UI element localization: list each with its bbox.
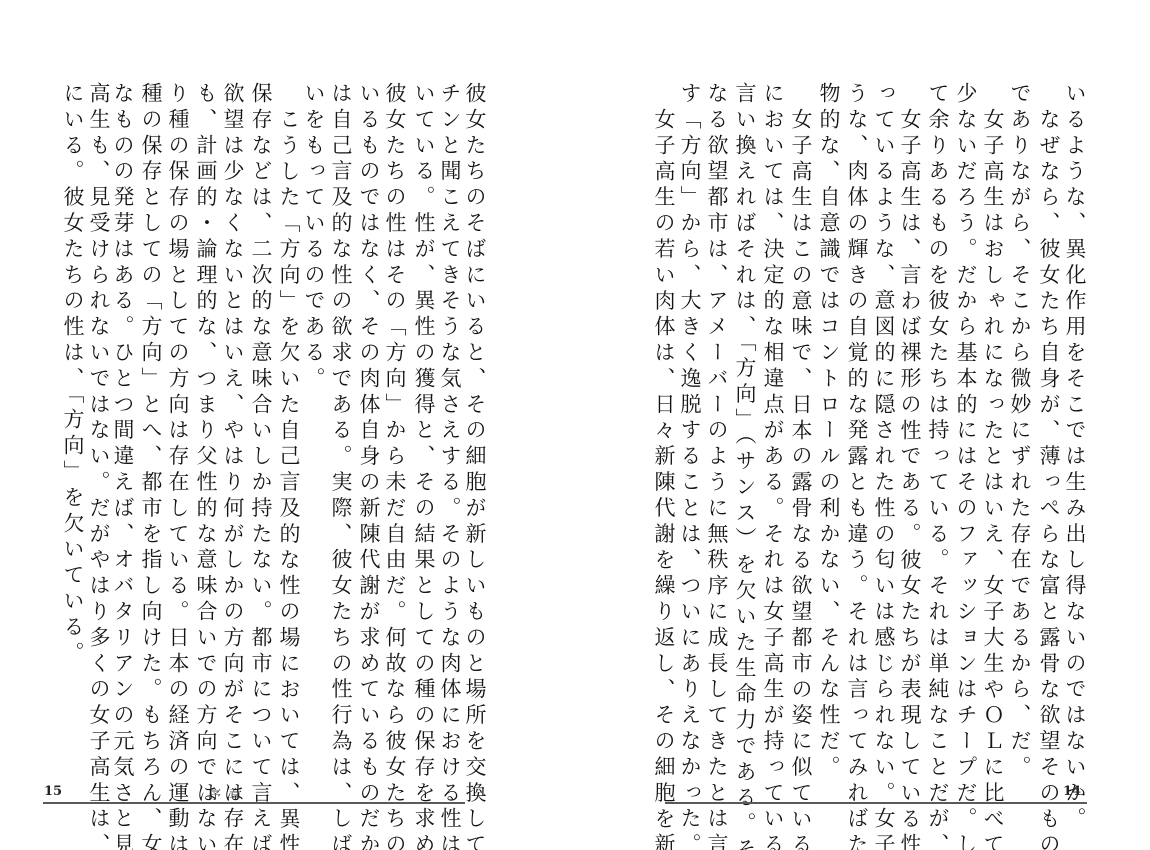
text-column-paragraph-start: こうした「方向」を欠いた自己言及的な性の場においては、異性の獲得や、ましてや種の [276,82,302,712]
text-column: 言い換えればそれは、「方向」（サンス）を欠いた生命力である。それに比べて、日本の… [732,82,758,712]
text-column-paragraph-start: 女子高生の若い肉体は、日々新陳代謝を繰り返し、その細胞を新しいものと交換している… [651,82,677,712]
text-column: 物的な、自意識ではコントロールの利かない、そんな性だ。 [816,82,842,712]
text-column: 保存などは、二次的な意味合いしか持たない。都市について言えば、そこでも自己言及的… [248,82,274,712]
text-column: も、計画的・論理的な、つまり父性的な意味合いでの方向ではない。しかし母性的な、つ… [193,82,219,712]
text-column: いをもっているのである。 [301,82,327,712]
page-number: 14 [1063,784,1081,799]
text-column: でありながら、そこから微妙にずれた存在であるから、だ。 [1007,82,1033,712]
footer-rule [43,802,465,804]
text-column-paragraph-start: 女子高生はおしゃれになったとはいえ、女子大生やＯＬに比べて自由になるお金はずっと [980,82,1006,712]
text-column-paragraph-start: なぜなら、彼女たち自身が、薄っぺらな富と露骨な欲望そのものであるから。しかしそう [1036,82,1062,712]
right-page: いるような、異化作用をそこでは生み出し得ないのではないか。 なぜなら、彼女たち自… [575,0,1150,850]
text-column: 種の保存としての「方向」とへ、都市を指し向けた。もちろん、女子高生のなかにも母性… [138,82,164,712]
running-head: 序章 [208,784,250,803]
text-column: て余りあるものを彼女たちは持っている。それは単純なことだが、若い肉体だ。 [925,82,951,712]
text-column: なものの発芽はある。ひとつ間違えば、オバタリアンの元気さと見まごうような態度の女… [110,82,136,712]
text-column-paragraph-start: 女子高生はこの意味で、日本の露骨なる欲望都市の姿に似ている。だがしかし、この両者 [788,82,814,712]
text-column: いている。性が、異性の獲得と、その結果としての種の保存を求めているものだとすれば… [411,82,437,712]
text-column: り種の保存の場としての方向は存在している。日本の経済の運動は、まさに母性的あるい… [165,82,191,712]
text-column: 欲望は少なくないとはいえ、やはり何がしかの方向がそこには存在している。それは必ず… [220,82,246,712]
text-column: 彼女たちのそばにいると、その細胞が新しいものと場所を交換しているその音が、パチン… [462,82,488,712]
text-column: なる欲望都市は、アメーバーのように無秩序に成長してきたとは言え、経済の運動の指し… [704,82,730,712]
footer-rule [665,802,1087,804]
text-column: は自己言及的な性の欲求である。実際、彼女たちの性行為は、しばしば自己開発的な意味… [328,82,354,712]
text-column: うな、肉体の輝きの自覚的な発露とも違う。それは言ってみればただの性だ。即物的な、… [844,82,870,712]
text-column: 高生も、見受けられないではない。だがやはり多くの女子高生は、母性的なものの一歩手… [86,82,112,712]
text-column: においては、決定的な相違点がある。それは女子高生が持っている「無自覚な自由」であ… [760,82,786,712]
text-column: いるものではなく、その肉体自身の新陳代謝が求めているものだからだ。言ってみればそ… [356,82,382,712]
text-column: チンと聞こえてきそうな気さえする。そのような肉体における性は、根本的な「方向」を… [437,82,463,712]
text-column: にいる。彼女たちの性は、「方向」を欠いている。 [60,82,86,712]
text-column: いるような、異化作用をそこでは生み出し得ないのではないか。 [1062,82,1088,712]
text-column: っているような、意図的に隠された性の匂いは感じられない。女子大生が振りまいていた… [871,82,897,712]
text-column: 彼女たちの性はその「方向」から未だ自由だ。何故なら彼女たちの性は、種の保存が求め… [382,82,408,712]
page-number: 15 [44,784,62,799]
text-column-paragraph-start: 女子高生は、言わば裸形の性である。彼女たちが表現している性には、大人の女たちがも [897,82,923,712]
left-page: 彼女たちのそばにいると、その細胞が新しいものと場所を交換しているその音が、パチン… [0,0,575,850]
text-column: 少ないだろう。だから基本的にはそのファッションはチープだ。しかしそのチープさを補… [953,82,979,712]
text-column: す「方向」から、大きく逸脱することは、ついにありえなかった。 [677,82,703,712]
